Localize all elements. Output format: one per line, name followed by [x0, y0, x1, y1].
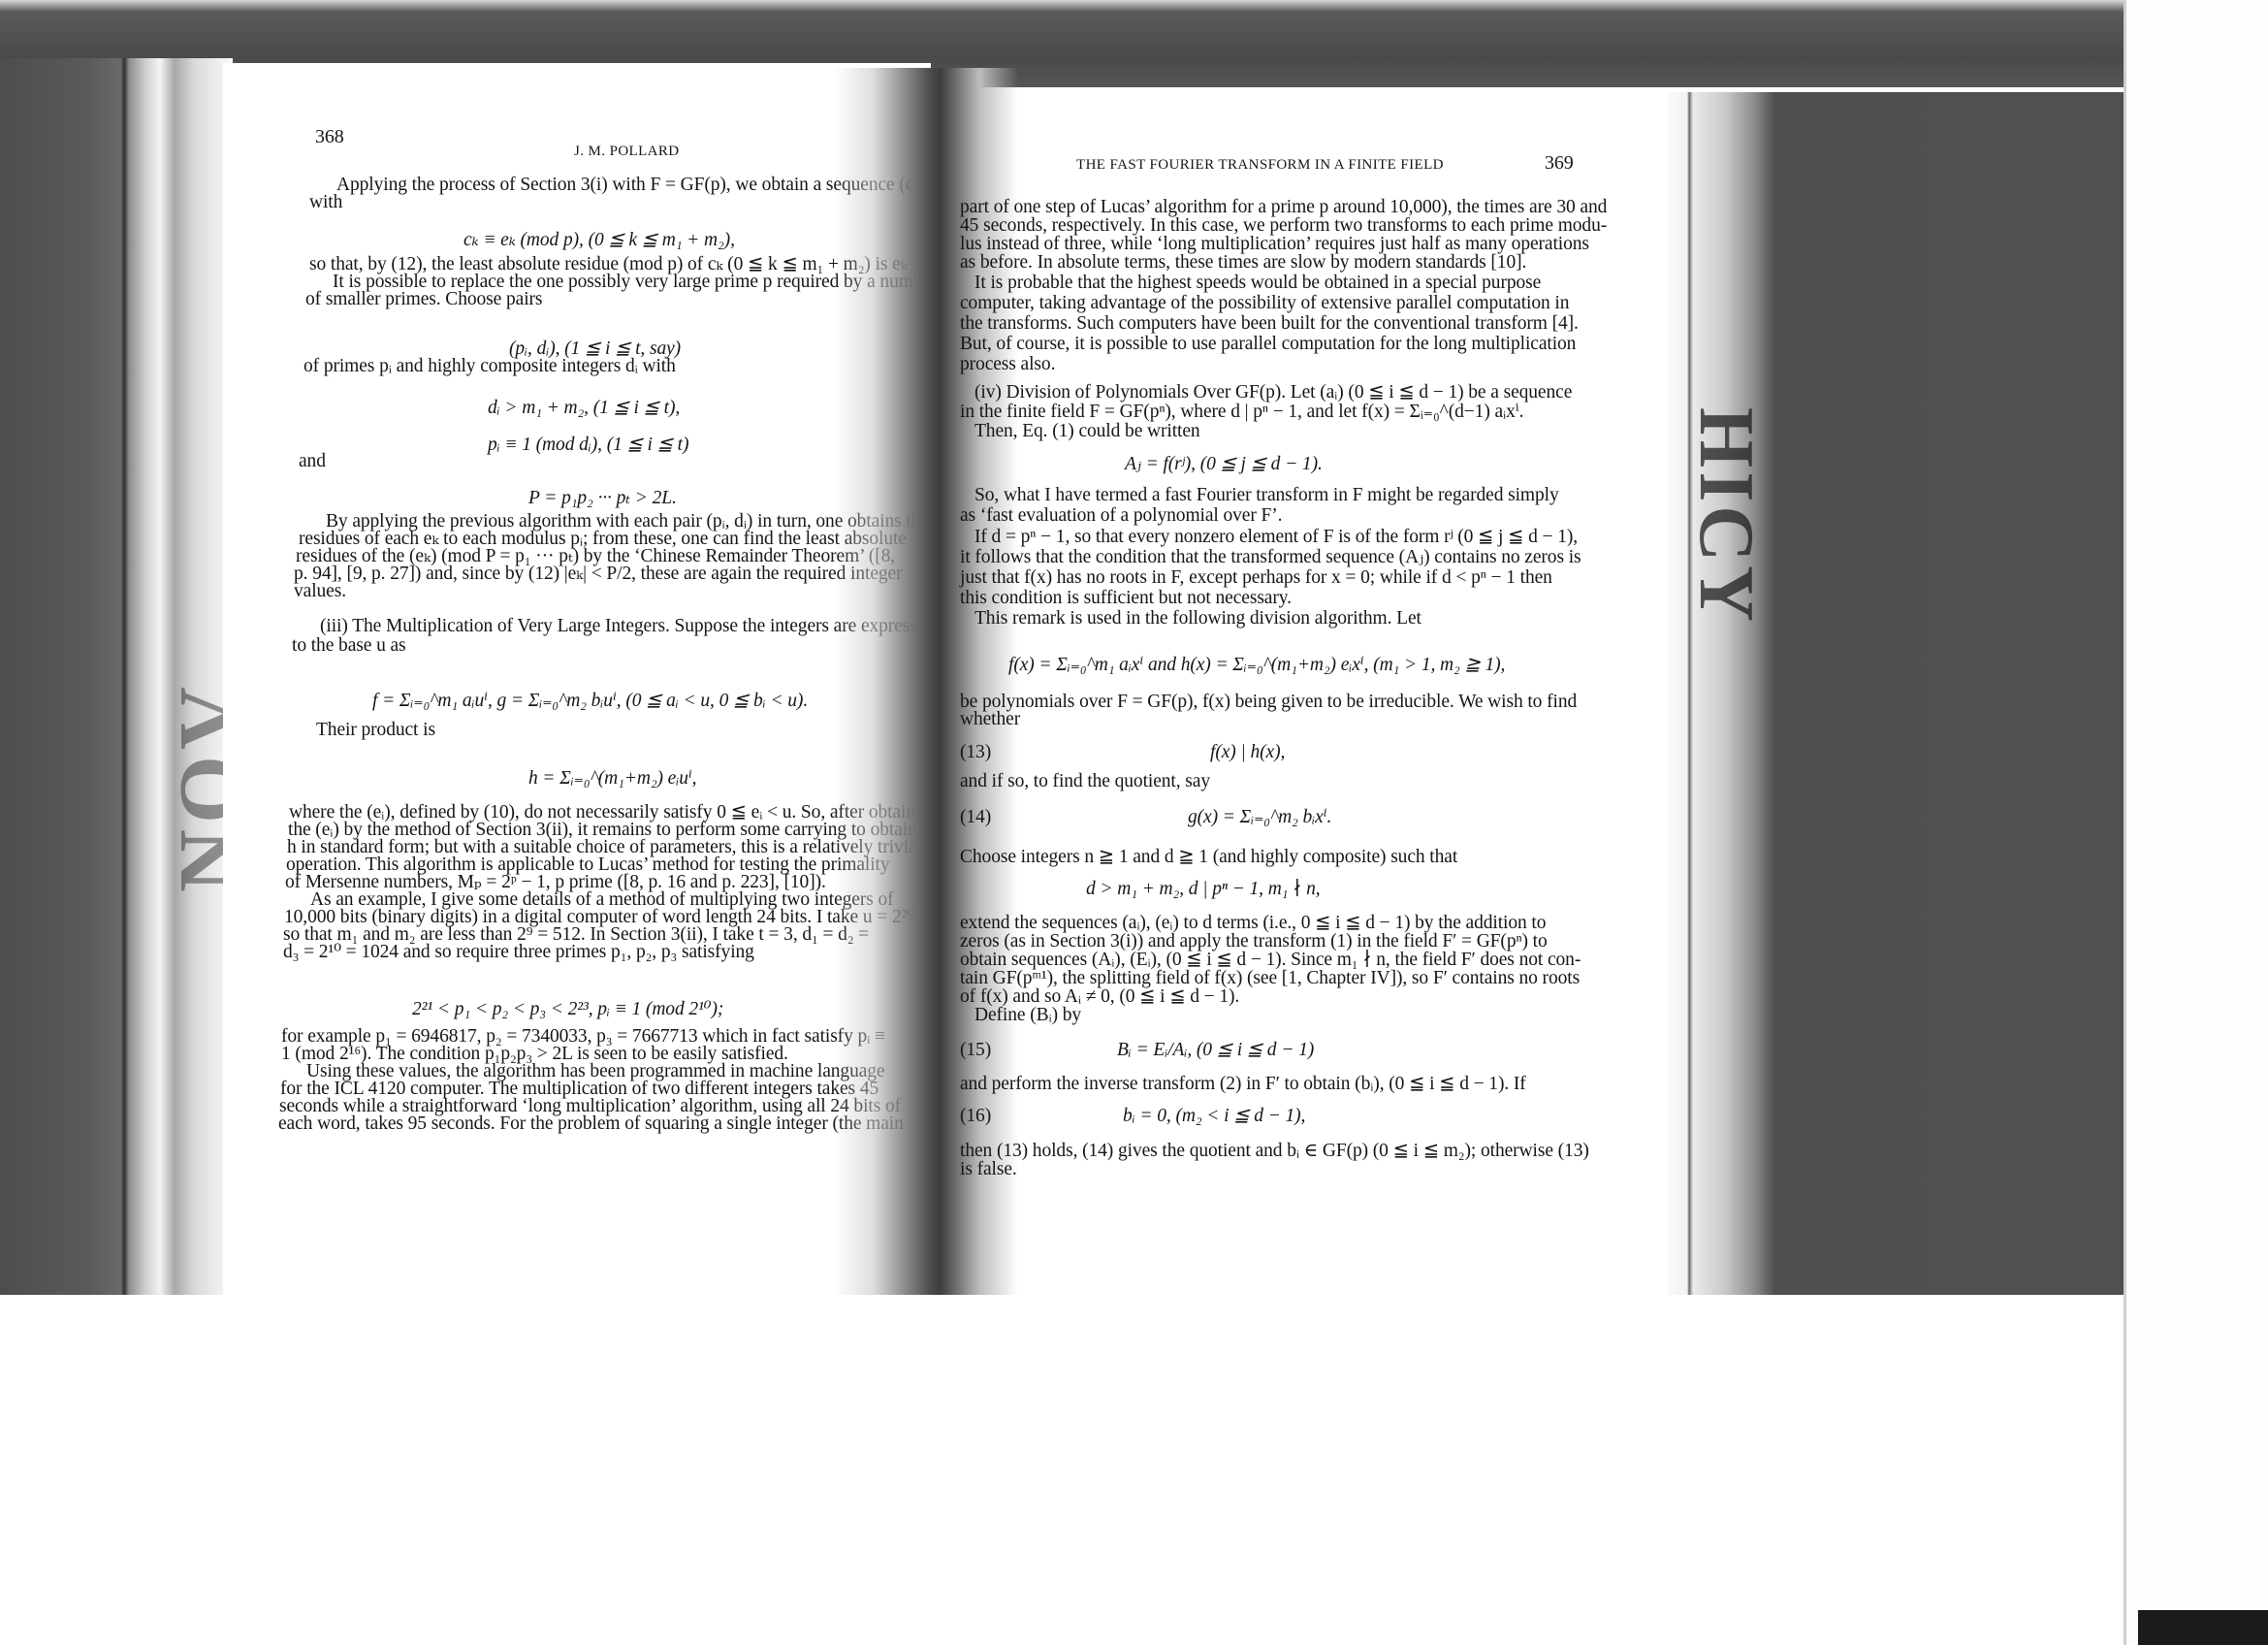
equation-number: (14) [960, 807, 991, 827]
scanned-book-spread: NOV DUKE HICY 368 J. M. POLLARD Applying… [0, 0, 2124, 1295]
right-line: as ‘fast evaluation of a polynomial over… [960, 505, 1282, 526]
left-equation: dᵢ > m₁ + m₂, (1 ≦ i ≦ t), [488, 398, 680, 418]
right-line: whether [960, 709, 1020, 729]
left-line: and [299, 451, 326, 471]
right-line: But, of course, it is possible to use pa… [960, 334, 1576, 354]
left-line: to the base u as [292, 635, 406, 656]
section-iv-heading: (iv) Division of Polynomials Over GF(p).… [974, 382, 1572, 403]
right-line: then (13) holds, (14) gives the quotient… [960, 1141, 1589, 1161]
right-line: Define (Bᵢ) by [974, 1005, 1081, 1025]
right-line: part of one step of Lucas’ algorithm for… [960, 197, 1607, 217]
right-line: If d = pⁿ − 1, so that every nonzero ele… [974, 527, 1578, 547]
right-line: obtain sequences (Aᵢ), (Eᵢ), (0 ≦ i ≦ d … [960, 950, 1581, 970]
right-line: process also. [960, 354, 1055, 374]
right-line: zeros (as in Section 3(i)) and apply the… [960, 931, 1548, 952]
scan-right-margin [2124, 0, 2268, 1645]
left-equation: f = Σᵢ₌₀^m₁ aᵢuⁱ, g = Σᵢ₌₀^m₂ bᵢuⁱ, (0 ≦… [372, 691, 808, 711]
left-equation: P = p₁p₂ ··· pₜ > 2L. [528, 488, 677, 508]
right-line: It is probable that the highest speeds w… [974, 273, 1541, 293]
left-running-head: J. M. POLLARD [574, 142, 680, 162]
right-equation: Bᵢ = Eᵢ/Aᵢ, (0 ≦ i ≦ d − 1) [1117, 1040, 1314, 1060]
right-line: and if so, to find the quotient, say [960, 771, 1210, 791]
left-line: p. 94], [9, p. 27]) and, since by (12) |… [294, 564, 902, 584]
left-line: of smaller primes. Choose pairs [305, 289, 542, 309]
right-equation: bᵢ = 0, (m₂ < i ≦ d − 1), [1123, 1106, 1305, 1126]
right-line: the transforms. Such computers have been… [960, 313, 1579, 334]
left-line: with [309, 192, 342, 212]
right-equation: Aⱼ = f(rʲ), (0 ≦ j ≦ d − 1). [1125, 454, 1323, 474]
left-equation: h = Σᵢ₌₀^(m₁+m₂) eᵢuⁱ, [528, 768, 696, 789]
left-equation: pᵢ ≡ 1 (mod dᵢ), (1 ≦ i ≦ t) [488, 435, 688, 455]
left-page-number: 368 [315, 127, 344, 147]
scan-corner-shadow [2138, 1610, 2268, 1645]
right-line: tain GF(pᵐ¹), the splitting field of f(x… [960, 968, 1580, 988]
right-line: 45 seconds, respectively. In this case, … [960, 215, 1607, 236]
right-running-head: THE FAST FOURIER TRANSFORM IN A FINITE F… [1076, 155, 1444, 176]
left-equation: 2²¹ < p₁ < p₂ < p₃ < 2²³, pᵢ ≡ 1 (mod 2¹… [412, 999, 723, 1019]
right-line: computer, taking advantage of the possib… [960, 293, 1569, 313]
right-line: this condition is sufficient but not nec… [960, 588, 1292, 608]
right-page-number: 369 [1545, 153, 1574, 174]
right-line: This remark is used in the following div… [974, 608, 1421, 629]
right-line: Then, Eq. (1) could be written [974, 421, 1200, 441]
equation-number: (13) [960, 742, 991, 762]
equation-number: (15) [960, 1040, 991, 1060]
right-line: just that f(x) has no roots in F, except… [960, 567, 1552, 588]
left-line: values. [294, 581, 346, 601]
right-line: lus instead of three, while ‘long multip… [960, 234, 1589, 254]
left-line: Their product is [316, 720, 435, 740]
right-equation: f(x) | h(x), [1210, 742, 1285, 762]
right-line: be polynomials over F = GF(p), f(x) bein… [960, 692, 1577, 712]
right-margin-bleed-through: HICY [1682, 407, 1770, 815]
equation-number: (16) [960, 1106, 991, 1126]
right-line: So, what I have termed a fast Fourier tr… [974, 485, 1559, 505]
left-equation: cₖ ≡ eₖ (mod p), (0 ≦ k ≦ m₁ + m₂), [463, 230, 735, 250]
right-line: is false. [960, 1159, 1017, 1179]
left-line: each word, takes 95 seconds. For the pro… [278, 1113, 904, 1134]
right-equation: d > m₁ + m₂, d | pⁿ − 1, m₁ ∤ n, [1086, 879, 1321, 899]
right-line: in the finite field F = GF(pⁿ), where d … [960, 402, 1523, 422]
left-line: d₃ = 2¹⁰ = 1024 and so require three pri… [283, 942, 754, 962]
left-line: of primes pᵢ and highly composite intege… [303, 356, 676, 376]
right-equation: f(x) = Σᵢ₌₀^m₁ aᵢxⁱ and h(x) = Σᵢ₌₀^(m₁+… [1008, 655, 1505, 675]
right-line: as before. In absolute terms, these time… [960, 252, 1526, 273]
right-line: and perform the inverse transform (2) in… [960, 1074, 1526, 1094]
right-line: extend the sequences (aᵢ), (eᵢ) to d ter… [960, 913, 1546, 933]
right-equation: g(x) = Σᵢ₌₀^m₂ bᵢxⁱ. [1188, 807, 1331, 827]
left-line: Applying the process of Section 3(i) wit… [336, 175, 913, 195]
right-line: of f(x) and so Aᵢ ≠ 0, (0 ≦ i ≦ d − 1). [960, 986, 1239, 1007]
right-line: it follows that the condition that the t… [960, 547, 1581, 567]
right-line: Choose integers n ≧ 1 and d ≧ 1 (and hig… [960, 847, 1457, 867]
